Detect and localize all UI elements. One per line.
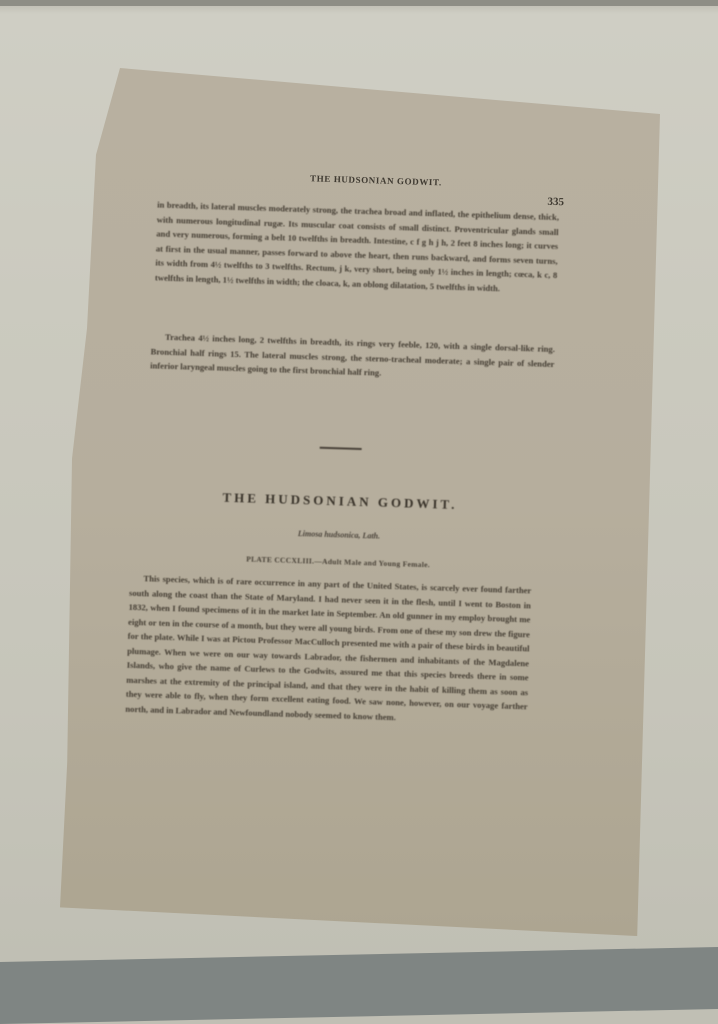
wall-top-edge <box>0 0 718 6</box>
plate-caption: PLATE CCCXLIII.—Adult Male and Young Fem… <box>168 552 508 572</box>
section-title: THE HUDSONIAN GODWIT. <box>190 489 490 514</box>
section-divider <box>320 447 362 450</box>
paragraph-anatomy: in breadth, its lateral muscles moderate… <box>155 197 560 297</box>
page-content: THE HUDSONIAN GODWIT. 335 in breadth, it… <box>47 59 674 945</box>
page-number: 335 <box>547 196 564 209</box>
latin-name: Limosa hudsonica, Lath. <box>189 526 489 544</box>
running-head: THE HUDSONIAN GODWIT. <box>310 173 442 187</box>
paragraph-body: This species, which is of rare occurrenc… <box>125 571 531 729</box>
paragraph-trachea: Trachea 4½ inches long, 2 twelfths in br… <box>150 329 555 385</box>
